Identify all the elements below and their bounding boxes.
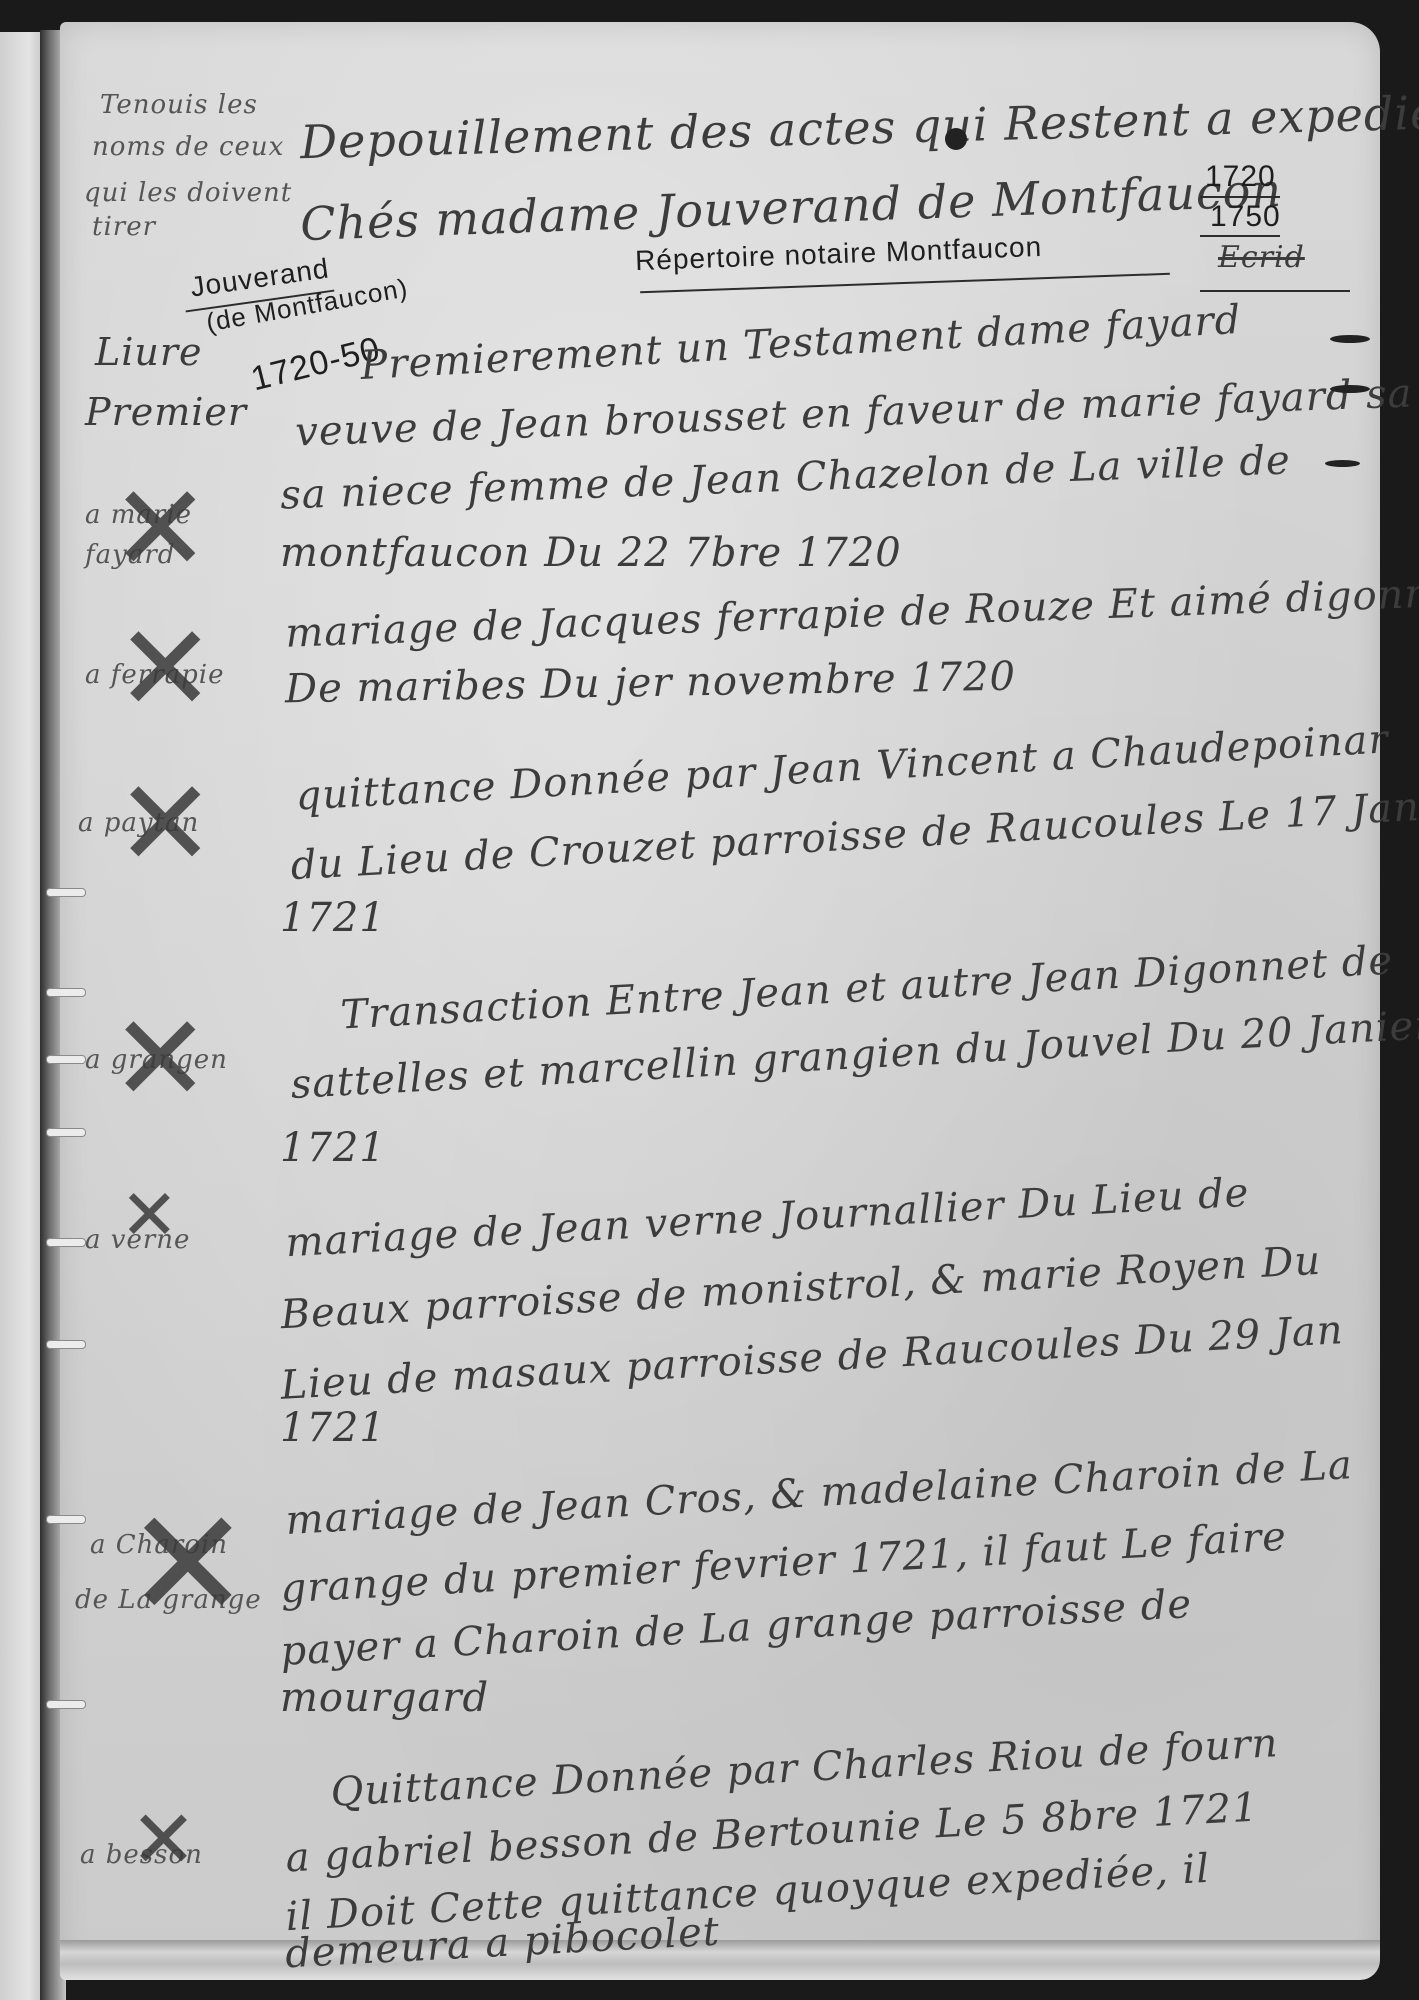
ink-dash-mark <box>1325 460 1360 467</box>
struck-word: Ecrid <box>1218 240 1305 275</box>
date-range-end: 1750 <box>1210 200 1281 234</box>
entry-line: mourgard <box>280 1675 489 1721</box>
ink-dash-mark <box>1330 335 1370 343</box>
header-margin-note-line: Tenouis les <box>100 90 258 120</box>
entry-line: 1721 <box>280 1125 386 1171</box>
date-range-rule <box>1200 196 1280 198</box>
binding-stitch <box>46 988 86 997</box>
header-margin-note-line: noms de ceux <box>92 132 284 162</box>
binding-stitch <box>46 1238 86 1247</box>
book-label-liure: Liure <box>95 330 203 374</box>
cross-out-mark-icon: ✕ <box>125 1490 251 1640</box>
book-label-premier: Premier <box>85 390 247 434</box>
ink-dash-mark <box>1330 385 1370 393</box>
cross-out-mark-icon: ✕ <box>110 470 211 590</box>
binding-stitch <box>46 888 86 897</box>
entry-line: montfaucon Du 22 7bre 1720 <box>280 530 902 576</box>
cross-out-mark-icon: ✕ <box>110 1000 211 1120</box>
header-margin-note-line: qui les doivent <box>84 178 292 208</box>
binding-stitch <box>46 1700 86 1709</box>
ink-blot <box>945 128 967 150</box>
section-rule <box>1200 290 1350 292</box>
header-margin-note-line: tirer <box>92 212 156 242</box>
date-range-rule <box>1200 235 1280 237</box>
cross-out-mark-icon: ✕ <box>115 610 216 730</box>
cross-out-mark-icon: ✕ <box>120 1180 179 1250</box>
cross-out-mark-icon: ✕ <box>115 765 216 885</box>
binding-stitch <box>46 1128 86 1137</box>
binding-stitch <box>46 1055 86 1064</box>
cross-out-mark-icon: ✕ <box>130 1800 197 1880</box>
binding-stitch <box>46 1340 86 1349</box>
date-range-start: 1720 <box>1205 160 1276 194</box>
entry-line: 1721 <box>280 1405 386 1451</box>
entry-line: 1721 <box>280 895 386 941</box>
binding-stitch <box>46 1515 86 1524</box>
